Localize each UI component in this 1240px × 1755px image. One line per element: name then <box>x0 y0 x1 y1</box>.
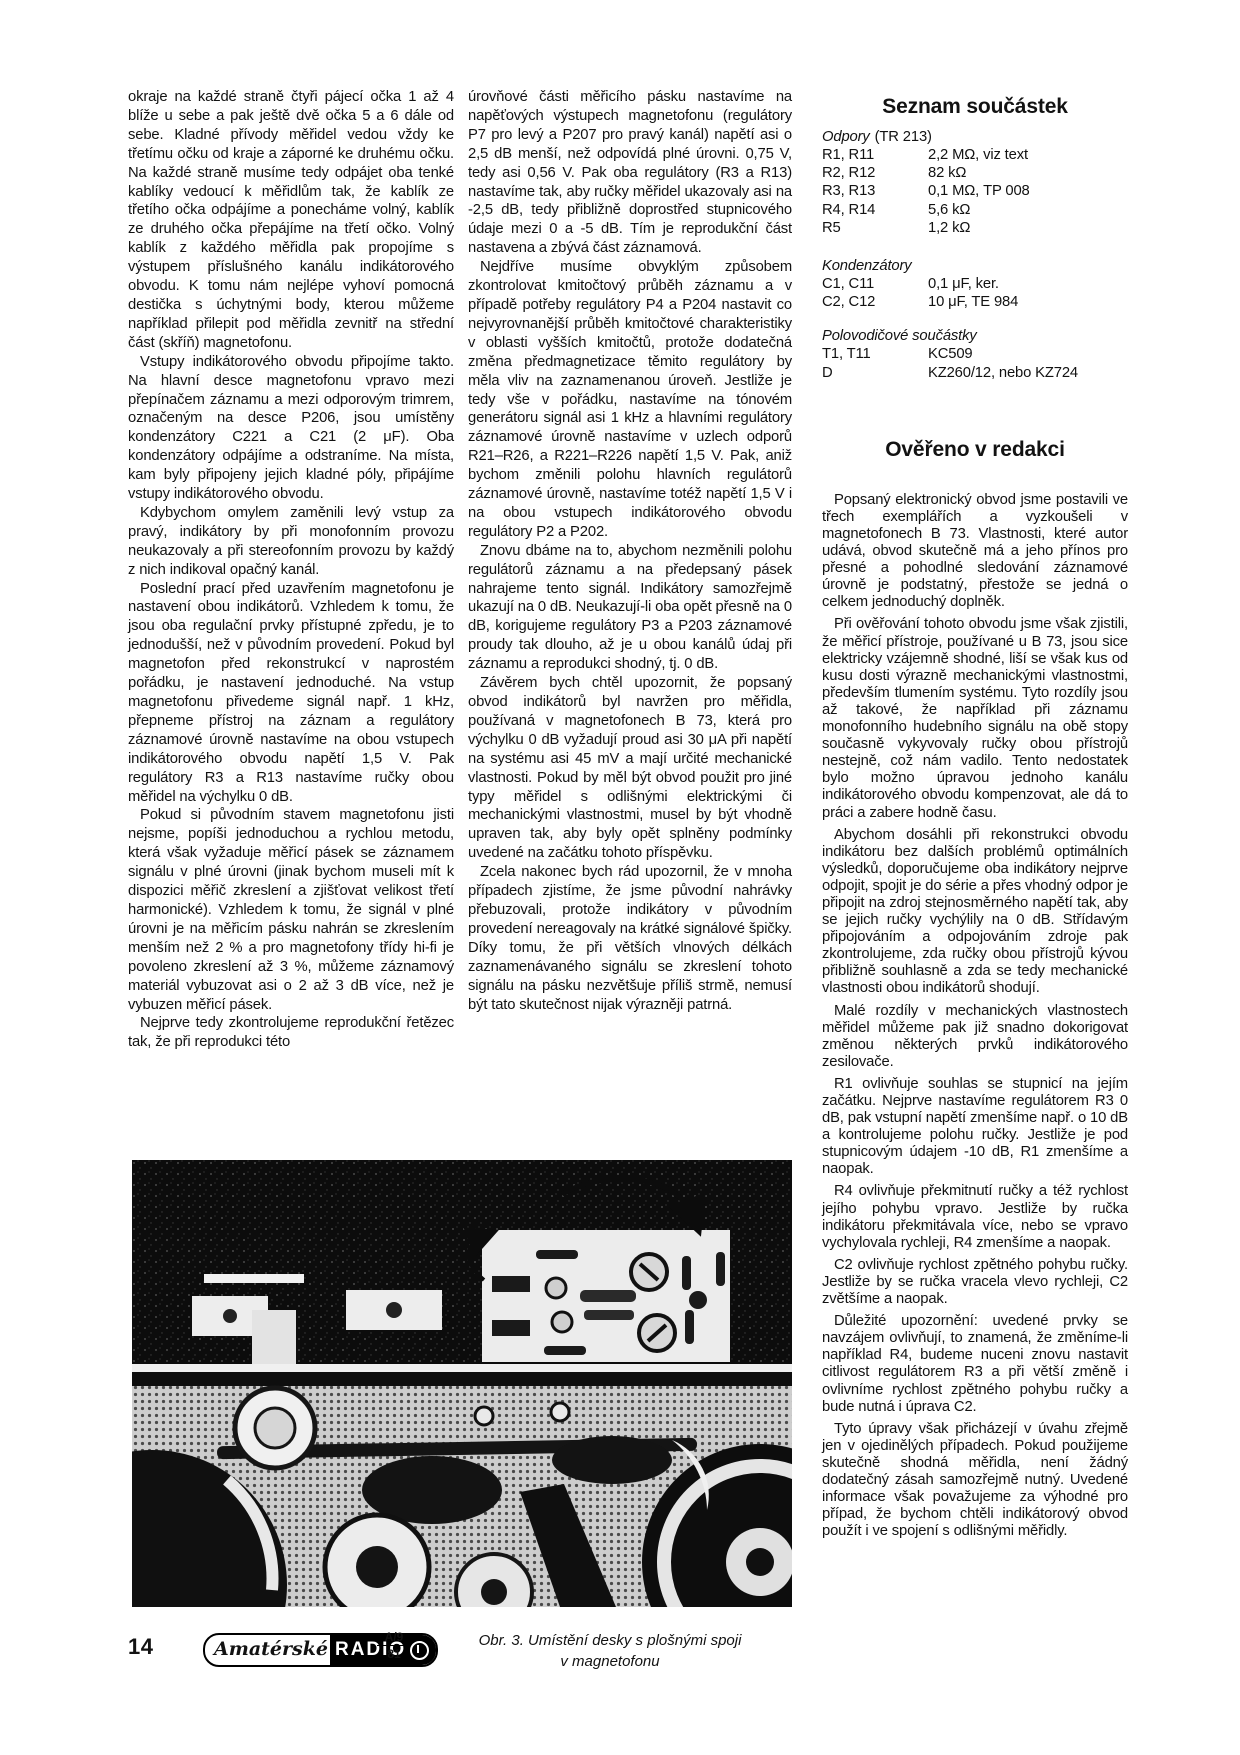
issue-numerator: A/9 <box>377 1630 411 1646</box>
issue-denominator: 81 <box>377 1646 411 1661</box>
parts-section-semiconductors: Polovodičové součástky T1, T11KC509 DKZ2… <box>822 327 1128 381</box>
part-ref: R1, R11 <box>822 146 928 164</box>
review-title: Ověřeno v redakci <box>822 438 1128 462</box>
paragraph: Nejprve tedy zkontrolujeme reprodukční ř… <box>128 1014 454 1052</box>
parts-row: C2, C1210 μF, TE 984 <box>822 293 1128 311</box>
part-ref: R4, R14 <box>822 201 928 219</box>
paragraph: Nejdříve musíme obvyklým způsobem zkontr… <box>468 258 792 542</box>
part-ref: C2, C12 <box>822 293 928 311</box>
tape-recorder-photo-illustration <box>132 1160 792 1607</box>
parts-row: DKZ260/12, nebo KZ724 <box>822 364 1128 382</box>
page-number: 14 <box>128 1634 153 1660</box>
review-paragraph: C2 ovlivňuje rychlost zpětného pohybu ru… <box>822 1257 1128 1308</box>
paragraph: Kdybychom omylem zaměnili levý vstup za … <box>128 504 454 580</box>
parts-heading-text: Kondenzátory <box>822 258 912 274</box>
paragraph: Vstupy indikátorového obvodu připojíme t… <box>128 353 454 504</box>
paragraph: Znovu dbáme na to, abychom nezměnili pol… <box>468 542 792 674</box>
parts-row: T1, T11KC509 <box>822 345 1128 363</box>
part-ref: C1, C11 <box>822 275 928 293</box>
parts-row: R3, R130,1 MΩ, TP 008 <box>822 182 1128 200</box>
review-paragraph: Při ověřování tohoto obvodu jsme však zj… <box>822 616 1128 821</box>
article-column-2: úrovňové části měřicího pásku nastavíme … <box>468 88 792 1014</box>
review-paragraph: Popsaný elektronický obvod jsme postavil… <box>822 492 1128 612</box>
review-paragraph: R4 ovlivňuje překmitnutí ručky a též ryc… <box>822 1183 1128 1251</box>
review-paragraph: Malé rozdíly v mechanických vlastnostech… <box>822 1003 1128 1071</box>
part-value: 1,2 kΩ <box>928 219 1128 237</box>
paragraph: Pokud si původním stavem magnetofonu jis… <box>128 806 454 1014</box>
review-paragraph: Abychom dosáhli při rekonstrukci obvodu … <box>822 827 1128 998</box>
figure-caption-line1: Obr. 3. Umístění desky s plošnými spoji <box>420 1630 800 1651</box>
parts-section-heading: Odpory(TR 213) <box>822 128 1128 146</box>
parts-list-title: Seznam součástek <box>822 95 1128 119</box>
parts-row: R51,2 kΩ <box>822 219 1128 237</box>
part-value: 0,1 MΩ, TP 008 <box>928 182 1128 200</box>
parts-section-resistors: Odpory(TR 213) R1, R112,2 MΩ, viz text R… <box>822 128 1128 237</box>
magazine-page: okraje na každé straně čtyři pájecí očka… <box>0 0 1240 1755</box>
part-value: 5,6 kΩ <box>928 201 1128 219</box>
parts-heading-text: Polovodičové součástky <box>822 328 977 344</box>
figure-caption: Obr. 3. Umístění desky s plošnými spoji … <box>420 1630 800 1672</box>
paragraph: okraje na každé straně čtyři pájecí očka… <box>128 88 454 353</box>
part-ref: R5 <box>822 219 928 237</box>
part-value: 82 kΩ <box>928 164 1128 182</box>
parts-section-heading: Polovodičové součástky <box>822 327 1128 345</box>
paragraph: Zcela nakonec bych rád upozornil, že v m… <box>468 863 792 1014</box>
part-value: 10 μF, TE 984 <box>928 293 1128 311</box>
parts-row: C1, C110,1 μF, ker. <box>822 275 1128 293</box>
parts-heading-text: Odpory <box>822 129 870 145</box>
parts-section-heading: Kondenzátory <box>822 257 1128 275</box>
part-ref: T1, T11 <box>822 345 928 363</box>
figure-photo <box>132 1160 792 1607</box>
review-paragraph: Tyto úpravy však přicházejí v úvahu zřej… <box>822 1421 1128 1541</box>
article-column-1: okraje na každé straně čtyři pájecí očka… <box>128 88 454 1052</box>
figure-caption-line2: v magnetofonu <box>420 1651 800 1672</box>
part-value: 2,2 MΩ, viz text <box>928 146 1128 164</box>
paragraph: úrovňové části měřicího pásku nastavíme … <box>468 88 792 258</box>
part-ref: R3, R13 <box>822 182 928 200</box>
parts-heading-suffix: (TR 213) <box>875 129 932 145</box>
part-ref: D <box>822 364 928 382</box>
logo-script-text: Amatérské <box>205 1634 330 1664</box>
logo-emblem-icon <box>410 1641 429 1660</box>
issue-number: A/9 81 <box>377 1630 411 1661</box>
parts-section-capacitors: Kondenzátory C1, C110,1 μF, ker. C2, C12… <box>822 257 1128 311</box>
part-value: 0,1 μF, ker. <box>928 275 1128 293</box>
paragraph: Poslední prací před uzavřením magnetofon… <box>128 580 454 807</box>
parts-row: R4, R145,6 kΩ <box>822 201 1128 219</box>
review-paragraph: Důležité upozornění: uvedené prvky se na… <box>822 1313 1128 1416</box>
part-value: KC509 <box>928 345 1128 363</box>
review-paragraph: R1 ovlivňuje souhlas se stupnicí na její… <box>822 1076 1128 1179</box>
parts-row: R1, R112,2 MΩ, viz text <box>822 146 1128 164</box>
part-value: KZ260/12, nebo KZ724 <box>928 364 1128 382</box>
parts-row: R2, R1282 kΩ <box>822 164 1128 182</box>
paragraph: Závěrem bych chtěl upozornit, že popsaný… <box>468 674 792 863</box>
right-column: Seznam součástek Odpory(TR 213) R1, R112… <box>822 95 1128 1540</box>
part-ref: R2, R12 <box>822 164 928 182</box>
